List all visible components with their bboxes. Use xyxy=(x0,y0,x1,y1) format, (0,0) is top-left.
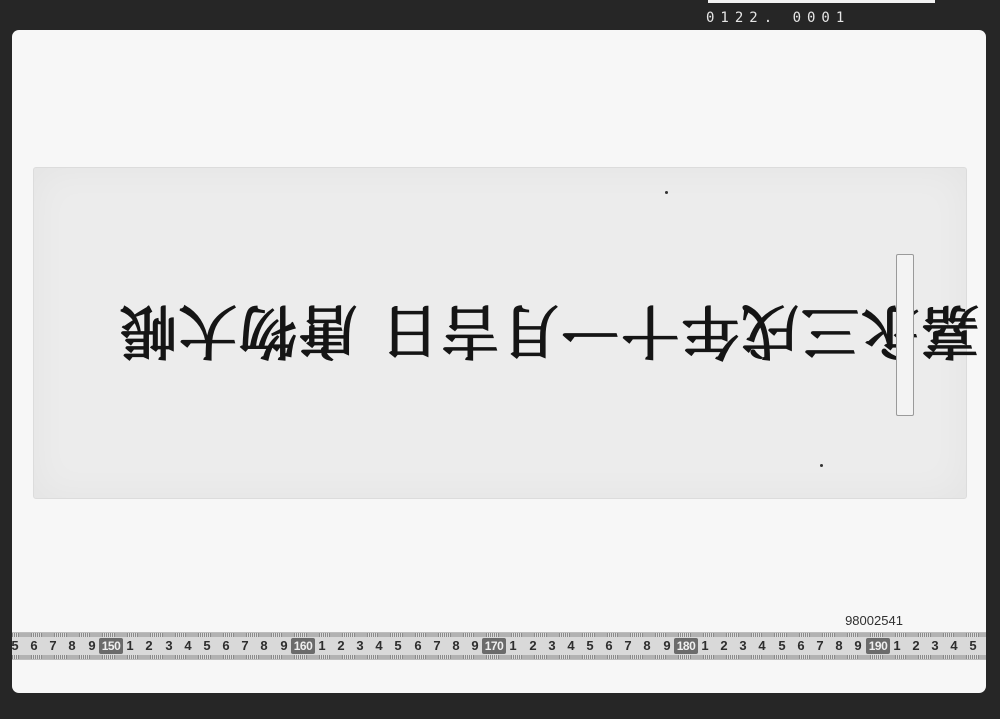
ruler-minor-label: 1 xyxy=(313,638,331,654)
ruler-minor-label: 3 xyxy=(160,638,178,654)
ruler-minor-label: 7 xyxy=(811,638,829,654)
ruler-minor-label: 5 xyxy=(389,638,407,654)
calligraphy-title-area: 嘉永三戌年十一月吉日 唐物大帳 xyxy=(248,286,848,386)
ruler-minor-label: 2 xyxy=(332,638,350,654)
ink-spot xyxy=(665,191,668,194)
ruler-minor-label: 3 xyxy=(351,638,369,654)
ruler-minor-label: 4 xyxy=(753,638,771,654)
ink-spot xyxy=(820,464,823,467)
ruler-minor-label: 7 xyxy=(44,638,62,654)
ruler-minor-label: 6 xyxy=(217,638,235,654)
document-title: 嘉永三戌年十一月吉日 唐物大帳 xyxy=(117,294,979,378)
ruler-minor-label: 4 xyxy=(562,638,580,654)
ruler-minor-label: 1 xyxy=(888,638,906,654)
ruler-minor-label: 8 xyxy=(63,638,81,654)
ruler-minor-label: 1 xyxy=(696,638,714,654)
ruler-minor-label: 8 xyxy=(447,638,465,654)
ruler-minor-label: 6 xyxy=(600,638,618,654)
ruler-major-label: 160 xyxy=(291,638,315,654)
ruler-minor-label: 8 xyxy=(638,638,656,654)
ruler-minor-label: 1 xyxy=(504,638,522,654)
ruler-minor-label: 3 xyxy=(734,638,752,654)
ruler-minor-label: 5 xyxy=(581,638,599,654)
ruler-minor-label: 9 xyxy=(849,638,867,654)
ruler-minor-label: 4 xyxy=(370,638,388,654)
ruler-minor-label: 6 xyxy=(25,638,43,654)
ruler-minor-label: 6 xyxy=(409,638,427,654)
ruler-minor-label: 2 xyxy=(524,638,542,654)
photo-mount: 嘉永三戌年十一月吉日 唐物大帳 xyxy=(12,30,986,693)
ruler-minor-label: 6 xyxy=(792,638,810,654)
binding-fold xyxy=(896,254,914,416)
ruler-ticks-bottom xyxy=(12,655,986,659)
ruler-major-label: 170 xyxy=(482,638,506,654)
film-edge-strip xyxy=(708,0,935,3)
ruler-minor-label: 4 xyxy=(945,638,963,654)
ruler-minor-label: 4 xyxy=(179,638,197,654)
ruler-minor-label: 7 xyxy=(236,638,254,654)
ruler-minor-label: 8 xyxy=(255,638,273,654)
ruler-minor-label: 2 xyxy=(907,638,925,654)
document-cover: 嘉永三戌年十一月吉日 唐物大帳 xyxy=(33,167,967,499)
ruler-minor-label: 8 xyxy=(830,638,848,654)
ruler-minor-label: 5 xyxy=(773,638,791,654)
ruler-minor-label: 2 xyxy=(715,638,733,654)
ruler-major-label: 180 xyxy=(674,638,698,654)
ruler-minor-label: 5 xyxy=(6,638,24,654)
ruler-minor-label: 1 xyxy=(121,638,139,654)
accession-number: 98002541 xyxy=(829,612,919,630)
frame-number: 0122. 0001 xyxy=(706,8,850,28)
ruler-minor-label: 3 xyxy=(926,638,944,654)
ruler-major-label: 190 xyxy=(866,638,890,654)
ruler-minor-label: 5 xyxy=(964,638,982,654)
ruler-ticks-top xyxy=(12,633,986,637)
ruler-minor-label: 3 xyxy=(543,638,561,654)
ruler-minor-label: 7 xyxy=(428,638,446,654)
ruler-minor-label: 7 xyxy=(619,638,637,654)
measurement-ruler: 5678915012345678916012345678917012345678… xyxy=(12,632,986,660)
ruler-minor-label: 2 xyxy=(140,638,158,654)
ruler-major-label: 150 xyxy=(99,638,123,654)
ruler-minor-label: 5 xyxy=(198,638,216,654)
